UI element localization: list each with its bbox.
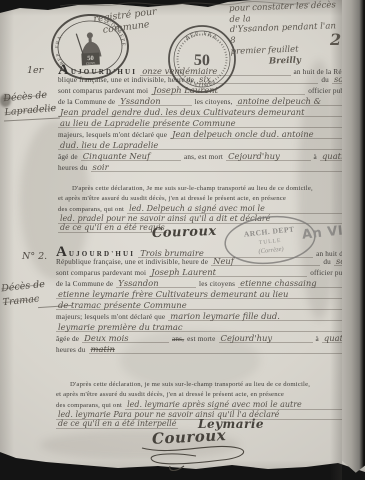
svg-text:REP. FRA.: REP. FRA. — [55, 33, 67, 66]
printed-text: de la Commune de — [56, 281, 113, 288]
archive-stamp-line1: ARCH. DEPT — [243, 224, 295, 238]
handwritten-text: leymarie première du tramac — [56, 323, 354, 332]
document-line: heures dusoir — [58, 163, 352, 174]
handwritten-text: Deux mois — [82, 334, 169, 343]
printed-text: D'après cette déclaration, je me suis su… — [70, 382, 310, 389]
printed-text: UJOURD'HUI — [71, 69, 137, 76]
handwritten-text: led. leymarie après signé avec moi le au… — [125, 401, 354, 410]
document-line: heures dumatin — [56, 345, 354, 356]
svg-text:REP. FRA.: REP. FRA. — [185, 30, 221, 43]
handwritten-text: Jean pradel gendre dud. les deux Cultiva… — [58, 108, 352, 117]
handwritten-text: Yssandon — [118, 97, 191, 106]
printed-text: majeurs; lesquels m'ont déclaré que — [56, 314, 165, 321]
printed-text: âgé de — [58, 154, 78, 161]
death-record-entry-2: AUJOURD'HUITrois brumairean huit de laRé… — [56, 246, 354, 430]
printed-text: du — [321, 77, 329, 84]
printed-text: heures du — [58, 165, 88, 172]
entry1-margin-label: Décès de Lapradelie — [3, 88, 57, 121]
handwritten-text: dud. lieu de Lapradelie — [58, 141, 352, 150]
printed-text: âgée de — [56, 336, 79, 343]
printed-text: les citoyens — [199, 281, 235, 288]
printed-text: République française, une et indivisible… — [56, 259, 208, 266]
handwritten-text: de tramac présente Commune — [56, 301, 354, 310]
printed-text: est morte — [187, 336, 215, 343]
entry1-officer-signature: Couroux — [152, 225, 217, 240]
scanned-document: registré pour commune pour constater les… — [0, 0, 365, 480]
handwritten-text: Jean delpeuch oncle dud. antoine — [170, 130, 352, 139]
handwritten-text: led. Delpeuch a signé avec moi le — [127, 205, 352, 214]
page-edge — [342, 0, 365, 480]
printed-text: sont comparus pardevant moi — [58, 88, 148, 95]
round-stamp-top-text: REP. FRA. — [185, 30, 221, 43]
printed-text: et après m'être assuré du susdit décès, … — [56, 392, 284, 399]
printed-text: majeurs, lesquels m'ont déclaré que — [58, 132, 167, 139]
handwritten-text: marion leymarie fille dud. — [168, 312, 354, 321]
printed-text: D'après cette déclaration, Je me suis su… — [72, 186, 313, 193]
printed-text: les citoyens, — [195, 99, 233, 106]
cover-note: pour constater les décès de la d'Yssando… — [229, 0, 343, 68]
printed-text: blique française, une et indivisible, he… — [58, 77, 194, 84]
handwritten-text: Joseph Laurent — [151, 86, 305, 95]
printed-text: à — [316, 336, 319, 343]
printed-text: A — [56, 246, 67, 258]
entry2-margin-label: Décès de Tramac — [1, 278, 48, 311]
oval-stamp-left-text: REP. FRA. — [55, 33, 67, 66]
printed-text: et après m'être assuré du susdit décès, … — [58, 196, 286, 203]
printed-text: à — [314, 154, 317, 161]
handwritten-text: de ce qu'il en a été interpellé — [56, 420, 178, 429]
death-record-entry-1: AUJOURD'HUIonze vendémiairean huit de la… — [58, 64, 352, 234]
handwritten-text: etienne leymarie frère Cultivateurs deme… — [56, 290, 354, 299]
printed-text: A — [58, 64, 69, 76]
entry2-margin-number: N° 2. — [22, 250, 47, 264]
printed-text: ans, est mort — [184, 154, 223, 161]
printed-text: des comparans, qui ont — [58, 207, 124, 214]
handwritten-text: Cinquante Neuf — [81, 152, 181, 161]
entry1-margin-number: 1er — [27, 64, 43, 78]
handwritten-text: matin — [89, 345, 354, 354]
handwritten-text: Yssandon — [116, 279, 196, 288]
printed-text: des comparans, qui ont — [56, 403, 122, 410]
handwritten-text: soir — [91, 163, 352, 172]
handwritten-text: au lieu de Lapradelie présente Commune — [58, 119, 352, 128]
handwritten-text: Cejourd'huy — [219, 334, 313, 343]
handwritten-text: de ce qu'il en a été requis — [58, 224, 167, 233]
page-fold-shadow — [330, 0, 342, 480]
printed-text: de la Commune de — [58, 99, 115, 106]
archive-stamp-line3: (Corrèze) — [258, 246, 284, 256]
printed-text: heures du — [56, 347, 86, 354]
printed-text: ans, — [172, 336, 184, 343]
printed-text: sont comparus pardevant moi — [56, 270, 146, 277]
handwritten-text: Cejourd'huy — [226, 152, 310, 161]
archive-stamp-line2: TULLE — [259, 238, 282, 246]
handwritten-text: six — [197, 75, 318, 84]
printed-text: UJOURD'HUI — [69, 251, 135, 258]
entry2-officer-signature: Couroux — [152, 428, 227, 447]
